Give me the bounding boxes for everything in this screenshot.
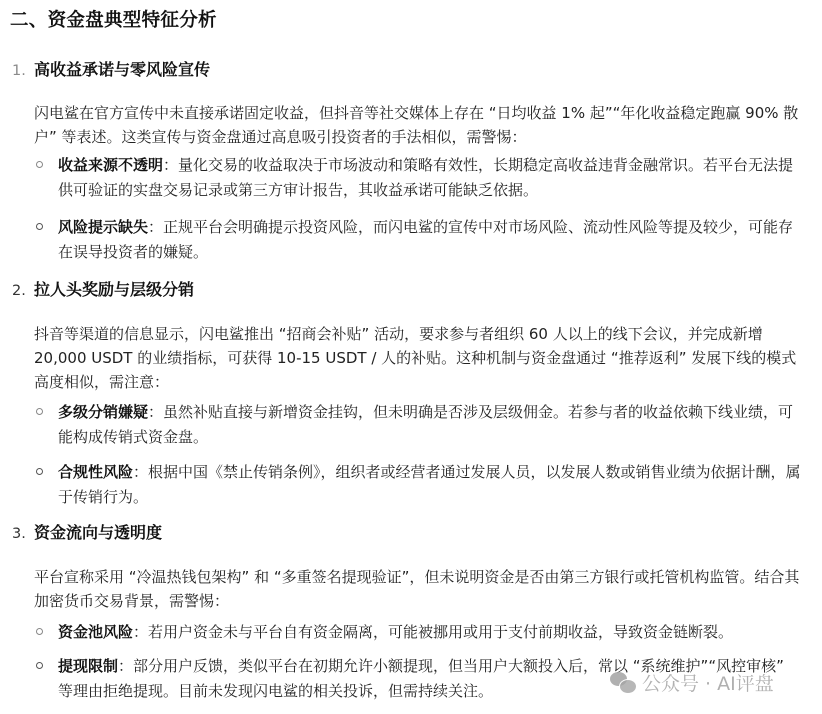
bullet-label: 多级分销嫌疑 (58, 403, 148, 421)
bullet-label: 资金池风险 (58, 623, 133, 641)
hollow-circle-bullet-icon (36, 662, 43, 669)
bullet-text: ：量化交易的收益取决于市场波动和策略有效性，长期稳定高收益违背金融常识。若平台无… (58, 156, 793, 199)
paragraph: 闪电鲨在官方宣传中未直接承诺固定收益，但抖音等社交媒体上存在 “日均收益 1% … (34, 101, 804, 149)
bullet-text: ：根据中国《禁止传销条例》，组织者或经营者通过发展人员，以发展人数或销售业绩为依… (58, 463, 801, 506)
bullet-text: ：若用户资金未与平台自有资金隔离，可能被挪用或用于支付前期收益，导致资金链断裂。 (133, 623, 733, 641)
bullet-item: 收益来源不透明：量化交易的收益取决于市场波动和策略有效性，长期稳定高收益违背金融… (34, 153, 804, 203)
list-item-heading-3: 3.资金流向与透明度 (12, 520, 162, 543)
section-heading: 二、资金盘典型特征分析 (10, 6, 217, 32)
list-number: 3. (12, 526, 34, 542)
hollow-circle-bullet-icon (36, 223, 43, 230)
bullet-label: 合规性风险 (58, 463, 133, 481)
bullet-text: ：虽然补贴直接与新增资金挂钩，但未明确是否涉及层级佣金。若参与者的收益依赖下线业… (58, 403, 793, 446)
bullet-item: 资金池风险：若用户资金未与平台自有资金隔离，可能被挪用或用于支付前期收益，导致资… (34, 620, 804, 645)
list-item-title: 资金流向与透明度 (34, 523, 162, 542)
hollow-circle-bullet-icon (36, 161, 43, 168)
bullet-text: ：正规平台会明确提示投资风险，而闪电鲨的宣传中对市场风险、流动性风险等提及较少，… (58, 218, 793, 261)
bullet-label: 收益来源不透明 (58, 156, 163, 174)
bullet-item: 多级分销嫌疑：虽然补贴直接与新增资金挂钩，但未明确是否涉及层级佣金。若参与者的收… (34, 400, 804, 450)
bullet-item: 风险提示缺失：正规平台会明确提示投资风险，而闪电鲨的宣传中对市场风险、流动性风险… (34, 215, 804, 265)
bullet-item: 合规性风险：根据中国《禁止传销条例》，组织者或经营者通过发展人员，以发展人数或销… (34, 460, 804, 510)
hollow-circle-bullet-icon (36, 628, 43, 635)
list-item-heading-1: 1.高收益承诺与零风险宣传 (12, 57, 210, 80)
bullet-text: ：部分用户反馈，类似平台在初期允许小额提现，但当用户大额投入后，常以 “系统维护… (58, 657, 784, 700)
bullet-item: 提现限制：部分用户反馈，类似平台在初期允许小额提现，但当用户大额投入后，常以 “… (34, 654, 804, 704)
list-item-heading-2: 2.拉人头奖励与层级分销 (12, 277, 194, 300)
bullet-label: 风险提示缺失 (58, 218, 148, 236)
list-item-title: 拉人头奖励与层级分销 (34, 280, 194, 299)
bullet-label: 提现限制 (58, 657, 118, 675)
list-number: 1. (12, 63, 34, 79)
hollow-circle-bullet-icon (36, 408, 43, 415)
paragraph: 平台宣称采用 “冷温热钱包架构” 和 “多重签名提现验证”，但未说明资金是否由第… (34, 565, 804, 613)
paragraph: 抖音等渠道的信息显示，闪电鲨推出 “招商会补贴” 活动，要求参与者组织 60 人… (34, 322, 804, 394)
list-number: 2. (12, 283, 34, 299)
hollow-circle-bullet-icon (36, 468, 43, 475)
list-item-title: 高收益承诺与零风险宣传 (34, 60, 210, 79)
